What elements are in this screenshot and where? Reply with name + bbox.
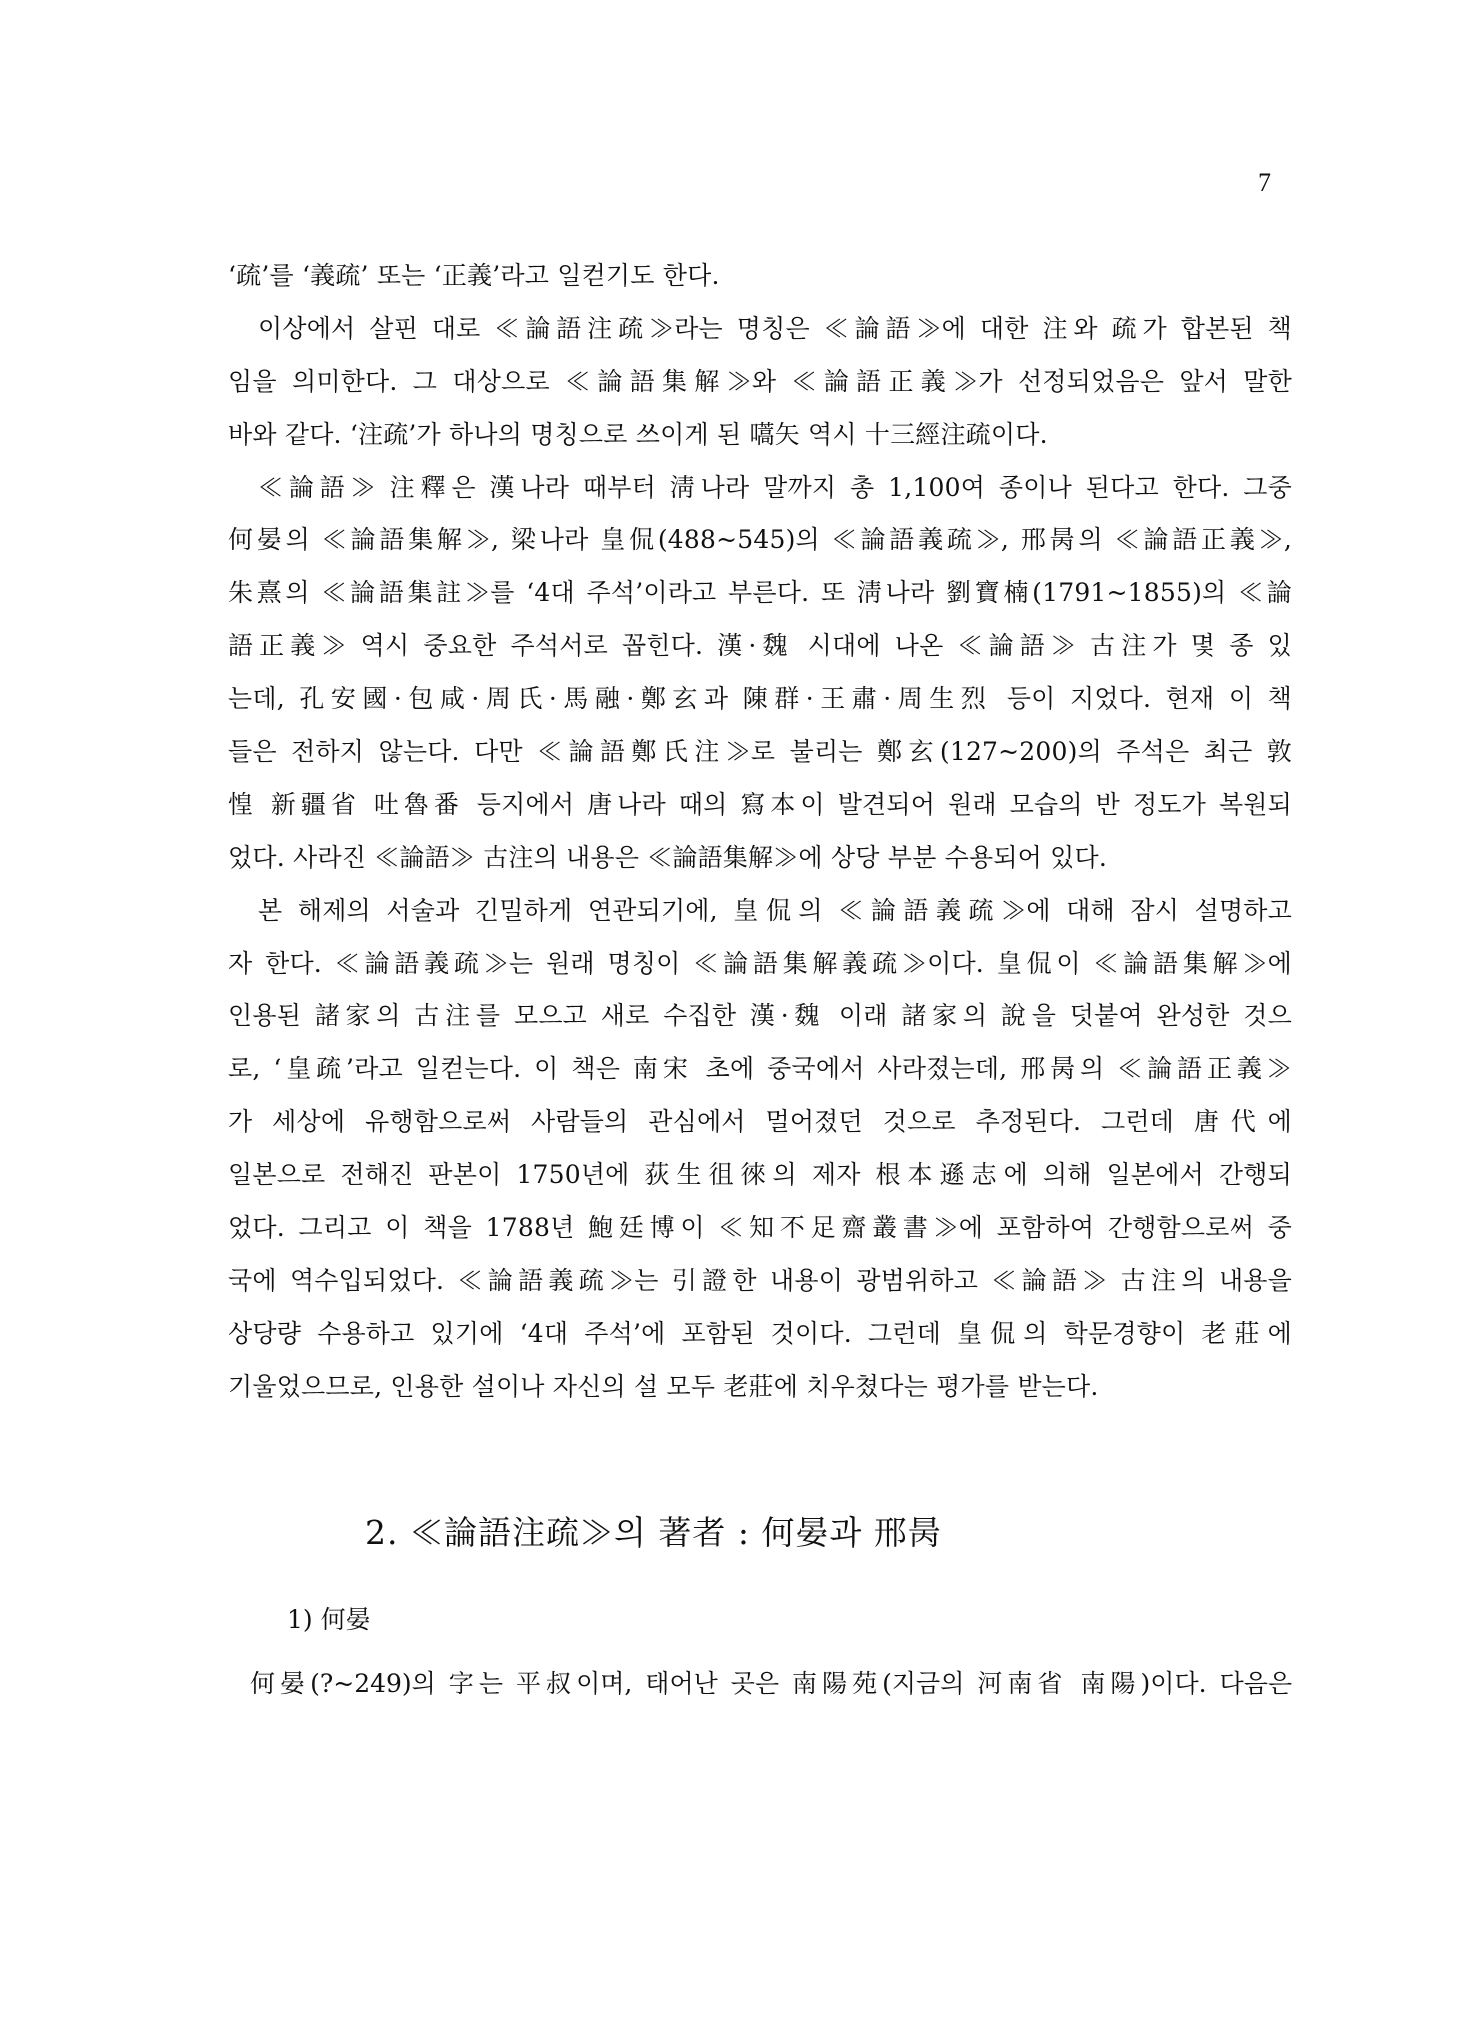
text-line: 본 해제의 서술과 긴밀하게 연관되기에, 皇侃의 ≪論語義疏≫에 대해 잠시 …: [228, 885, 1292, 938]
text-line: 이상에서 살핀 대로 ≪論語注疏≫라는 명칭은 ≪論語≫에 대한 注와 疏가 합…: [228, 303, 1292, 356]
text-line: 惶 新疆省 吐魯番 등지에서 唐나라 때의 寫本이 발견되어 원래 모습의 반 …: [228, 779, 1292, 832]
document-page: 7 ‘疏’를 ‘義疏’ 또는 ‘正義’라고 일컫기도 한다. 이상에서 살핀 대…: [0, 0, 1480, 2024]
text-line: 국에 역수입되었다. ≪論語義疏≫는 引證한 내용이 광범위하고 ≪論語≫ 古注…: [228, 1255, 1292, 1308]
text-line: 었다. 그리고 이 책을 1788년 鮑廷博이 ≪知不足齋叢書≫에 포함하여 간…: [228, 1202, 1292, 1255]
text-line: ≪論語≫ 注釋은 漢나라 때부터 淸나라 말까지 총 1,100여 종이나 된다…: [228, 462, 1292, 515]
text-line: 는데, 孔安國·包咸·周氏·馬融·鄭玄과 陳群·王肅·周生烈 등이 지었다. 현…: [228, 673, 1292, 726]
text-line: 임을 의미한다. 그 대상으로 ≪論語集解≫와 ≪論語正義≫가 선정되었음은 앞…: [228, 356, 1292, 409]
text-line: 朱熹의 ≪論語集註≫를 ‘4대 주석’이라고 부른다. 또 淸나라 劉寶楠(17…: [228, 567, 1292, 620]
page-number: 7: [1258, 168, 1271, 198]
text-line: 語正義≫ 역시 중요한 주석서로 꼽힌다. 漢·魏 시대에 나온 ≪論語≫ 古注…: [228, 620, 1292, 673]
text-line: 상당량 수용하고 있기에 ‘4대 주석’에 포함된 것이다. 그런데 皇侃의 학…: [228, 1308, 1292, 1361]
body-text: ‘疏’를 ‘義疏’ 또는 ‘正義’라고 일컫기도 한다. 이상에서 살핀 대로 …: [228, 250, 1292, 1414]
text-line: 기울었으므로, 인용한 설이나 자신의 설 모두 老莊에 치우쳤다는 평가를 받…: [228, 1361, 1292, 1414]
text-line: 바와 같다. ‘注疏’가 하나의 명칭으로 쓰이게 된 嚆矢 역시 十三經注疏이…: [228, 409, 1292, 462]
text-line: 인용된 諸家의 古注를 모으고 새로 수집한 漢·魏 이래 諸家의 說을 덧붙여…: [228, 990, 1292, 1043]
subsection-heading: 1) 何晏: [287, 1602, 371, 1638]
text-line: 로, ‘皇疏’라고 일컫는다. 이 책은 南宋 초에 중국에서 사라졌는데, 邢…: [228, 1043, 1292, 1096]
text-line: 何晏의 ≪論語集解≫, 梁나라 皇侃(488~545)의 ≪論語義疏≫, 邢昺의…: [228, 514, 1292, 567]
text-line: 들은 전하지 않는다. 다만 ≪論語鄭氏注≫로 불리는 鄭玄(127~200)의…: [228, 726, 1292, 779]
text-line: 가 세상에 유행함으로써 사람들의 관심에서 멀어졌던 것으로 추정된다. 그런…: [228, 1096, 1292, 1149]
text-line: 자 한다. ≪論語義疏≫는 원래 명칭이 ≪論語集解義疏≫이다. 皇侃이 ≪論語…: [228, 938, 1292, 991]
text-line: 었다. 사라진 ≪論語≫ 古注의 내용은 ≪論語集解≫에 상당 부분 수용되어 …: [228, 832, 1292, 885]
section-text-line: 何晏(?~249)의 字는 平叔이며, 태어난 곳은 南陽苑(지금의 河南省 南…: [250, 1666, 1292, 1702]
text-line: ‘疏’를 ‘義疏’ 또는 ‘正義’라고 일컫기도 한다.: [228, 250, 1292, 303]
text-line: 일본으로 전해진 판본이 1750년에 荻生徂徠의 제자 根本遜志에 의해 일본…: [228, 1149, 1292, 1202]
section-heading: 2. ≪論語注疏≫의 著者 : 何晏과 邢昺: [365, 1512, 942, 1554]
